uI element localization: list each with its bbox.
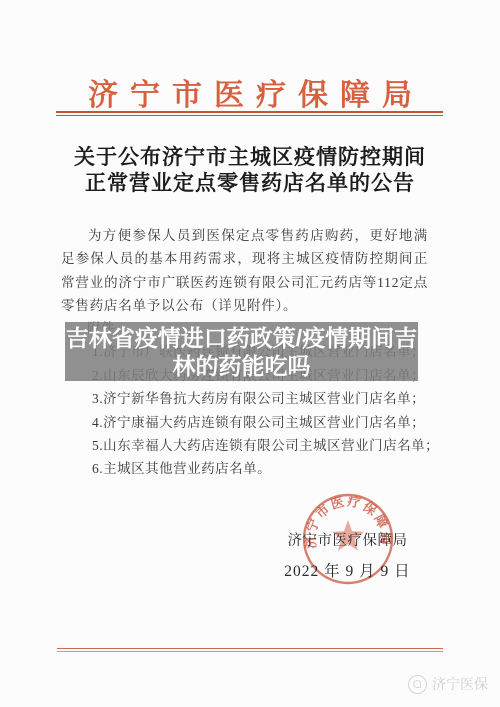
- agency-masthead: 济宁市医疗保障局: [0, 70, 500, 114]
- caption-overlay-line1: 吉林省疫情进口药政策/疫情期间吉: [65, 324, 418, 352]
- attachment-item: 4.济宁康福大药店连锁有限公司主城区营业门店名单；: [92, 411, 428, 434]
- notice-document-page: 济宁市医疗保障局 关于公布济宁市主城区疫情防控期间 正常营业定点零售药店名单的公…: [0, 0, 500, 707]
- caption-overlay-banner: 吉林省疫情进口药政策/疫情期间吉 林的药能吃吗: [65, 322, 418, 381]
- footer-double-rule: [57, 648, 443, 652]
- signature-date: 2022 年 9 月 9 日: [245, 559, 450, 581]
- caption-overlay-line2: 林的药能吃吗: [65, 352, 418, 380]
- attachment-item: 3.济宁新华鲁抗大药房有限公司主城区营业门店名单；: [92, 387, 428, 410]
- watermark: 济宁医保: [408, 674, 488, 694]
- notice-title: 关于公布济宁市主城区疫情防控期间 正常营业定点零售药店名单的公告: [0, 144, 500, 196]
- jining-yibao-logo-icon: [408, 675, 427, 694]
- masthead-double-rule: [56, 111, 443, 116]
- signature-block: 济宁市医疗保障局 2022 年 9 月 9 日: [245, 529, 450, 581]
- attachment-item: 5.山东幸福人大药店连锁有限公司主城区营业门店名单；: [92, 434, 428, 457]
- attachment-item: 6.主城区其他营业药店名单。: [92, 457, 428, 480]
- signature-agency: 济宁市医疗保障局: [245, 529, 450, 550]
- notice-title-line2: 正常营业定点零售药店名单的公告: [0, 170, 500, 196]
- notice-title-line1: 关于公布济宁市主城区疫情防控期间: [0, 144, 500, 170]
- watermark-label: 济宁医保: [432, 674, 488, 694]
- notice-body-paragraph: 为方便参保人员到医保定点零售药店购药，更好地满足参保人员的基本用药需求，现将主城…: [61, 224, 428, 318]
